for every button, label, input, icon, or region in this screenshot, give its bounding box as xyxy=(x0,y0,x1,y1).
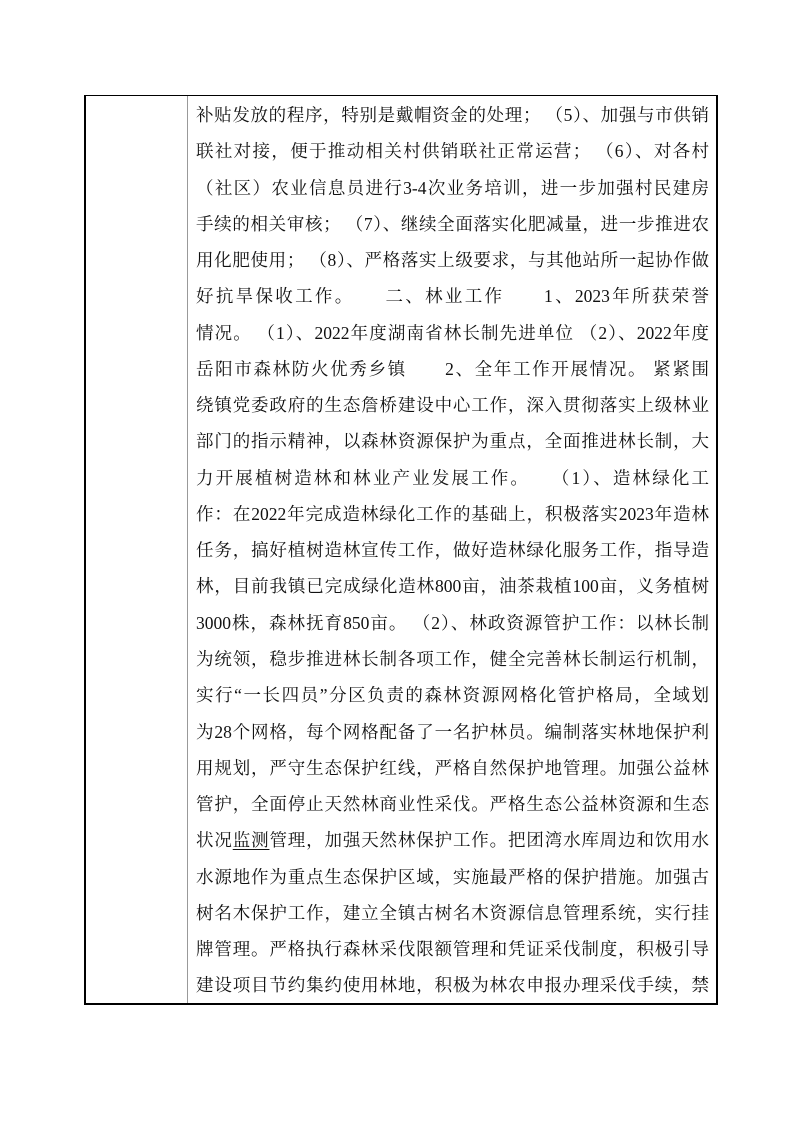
text-segment: 林，目前我镇已完成绿化造林800亩，油茶栽植100亩，义务植树 xyxy=(196,576,709,596)
text-segment: 为统领，稳步推进林长制各项工作，健全完善林长制运行机制， xyxy=(196,649,709,669)
text-segment: 树名木保护工作，建立全镇古树名木资源信息管理系统，实行挂 xyxy=(196,903,709,923)
text-segment: 水源地作为重点生态保护区域，实施最严格的保护措施。加强古 xyxy=(196,867,709,887)
text-segment: 用规划，严守生态保护红线，严格自然保护地管理。加强公益林 xyxy=(196,758,709,778)
text-segment: 绕镇党委政府的生态詹桥建设中心工作，深入贯彻落实上级林业 xyxy=(196,395,709,415)
text-segment: 管理，加强天然林保护工作。把团湾水库周边和饮用水 xyxy=(269,830,709,850)
text-line: 3000株，森林抚育850亩。 （2）、林政资源管护工作：以林长制 xyxy=(196,605,709,641)
underlined-text: 监测 xyxy=(233,830,270,850)
text-line: 作：在2022年完成造林绿化工作的基础上，积极落实2023年造林 xyxy=(196,496,709,532)
text-segment: 力开展植树造林和林业产业发展工作。 （1）、造林绿化工 xyxy=(196,468,709,488)
text-line: 状况监测管理，加强天然林保护工作。把团湾水库周边和饮用水 xyxy=(196,822,709,858)
text-segment: 状况 xyxy=(196,830,233,850)
text-segment: 好抗旱保收工作。 二、林业工作 1、2023年所获荣誉 xyxy=(196,286,709,306)
text-line: 管护，全面停止天然林商业性采伐。严格生态公益林资源和生态 xyxy=(196,786,709,822)
text-segment: 情况。 （1）、2022年度湖南省林长制先进单位 （2）、2022年度 xyxy=(196,323,709,343)
text-line: 林，目前我镇已完成绿化造林800亩，油茶栽植100亩，义务植树 xyxy=(196,568,709,604)
text-line: 实行“一长四员”分区负责的森林资源网格化管护格局，全域划 xyxy=(196,677,709,713)
text-line: 联社对接，便于推动相关村供销联社正常运营； （6）、对各村 xyxy=(196,133,709,169)
text-segment: （社区）农业信息员进行3-4次业务培训，进一步加强村民建房 xyxy=(196,178,709,198)
text-line: 补贴发放的程序，特别是戴帽资金的处理； （5）、加强与市供销 xyxy=(196,97,709,133)
text-line: 建设项目节约集约使用林地，积极为林农申报办理采伐手续，禁 xyxy=(196,967,709,1003)
report-table: 补贴发放的程序，特别是戴帽资金的处理； （5）、加强与市供销联社对接，便于推动相… xyxy=(84,95,718,1005)
table-label-cell xyxy=(86,96,188,1003)
text-line: 为28个网格，每个网格配备了一名护林员。编制落实林地保护利 xyxy=(196,714,709,750)
text-segment: 联社对接，便于推动相关村供销联社正常运营； （6）、对各村 xyxy=(196,141,709,161)
text-segment: 3000株，森林抚育850亩。 （2）、林政资源管护工作：以林长制 xyxy=(196,613,709,633)
text-line: （社区）农业信息员进行3-4次业务培训，进一步加强村民建房 xyxy=(196,170,709,206)
text-segment: 用化肥使用； （8）、严格落实上级要求，与其他站所一起协作做 xyxy=(196,250,709,270)
table-content-cell: 补贴发放的程序，特别是戴帽资金的处理； （5）、加强与市供销联社对接，便于推动相… xyxy=(188,96,716,1003)
text-line: 情况。 （1）、2022年度湖南省林长制先进单位 （2）、2022年度 xyxy=(196,315,709,351)
text-line: 水源地作为重点生态保护区域，实施最严格的保护措施。加强古 xyxy=(196,859,709,895)
text-line: 任务，搞好植树造林宣传工作，做好造林绿化服务工作，指导造 xyxy=(196,532,709,568)
text-segment: 任务，搞好植树造林宣传工作，做好造林绿化服务工作，指导造 xyxy=(196,540,709,560)
text-segment: 岳阳市森林防火优秀乡镇 2、全年工作开展情况。 紧紧围 xyxy=(196,359,709,379)
text-line: 好抗旱保收工作。 二、林业工作 1、2023年所获荣誉 xyxy=(196,278,709,314)
text-line: 牌管理。严格执行森林采伐限额管理和凭证采伐制度，积极引导 xyxy=(196,931,709,967)
text-line: 力开展植树造林和林业产业发展工作。 （1）、造林绿化工 xyxy=(196,460,709,496)
text-line: 岳阳市森林防火优秀乡镇 2、全年工作开展情况。 紧紧围 xyxy=(196,351,709,387)
text-line: 绕镇党委政府的生态詹桥建设中心工作，深入贯彻落实上级林业 xyxy=(196,387,709,423)
text-line: 手续的相关审核； （7）、继续全面落实化肥减量，进一步推进农 xyxy=(196,206,709,242)
text-segment: 部门的指示精神，以森林资源保护为重点，全面推进林长制，大 xyxy=(196,431,709,451)
text-segment: 管护，全面停止天然林商业性采伐。严格生态公益林资源和生态 xyxy=(196,794,709,814)
text-line: 为统领，稳步推进林长制各项工作，健全完善林长制运行机制， xyxy=(196,641,709,677)
text-segment: 作：在2022年完成造林绿化工作的基础上，积极落实2023年造林 xyxy=(196,504,709,524)
text-line: 用化肥使用； （8）、严格落实上级要求，与其他站所一起协作做 xyxy=(196,242,709,278)
table-content-text: 补贴发放的程序，特别是戴帽资金的处理； （5）、加强与市供销联社对接，便于推动相… xyxy=(196,97,709,1003)
text-segment: 手续的相关审核； （7）、继续全面落实化肥减量，进一步推进农 xyxy=(196,214,709,234)
text-segment: 牌管理。严格执行森林采伐限额管理和凭证采伐制度，积极引导 xyxy=(196,939,709,959)
text-segment: 建设项目节约集约使用林地，积极为林农申报办理采伐手续，禁 xyxy=(196,975,709,995)
text-line: 部门的指示精神，以森林资源保护为重点，全面推进林长制，大 xyxy=(196,423,709,459)
text-segment: 实行“一长四员”分区负责的森林资源网格化管护格局，全域划 xyxy=(196,685,709,705)
text-line: 树名木保护工作，建立全镇古树名木资源信息管理系统，实行挂 xyxy=(196,895,709,931)
text-line: 用规划，严守生态保护红线，严格自然保护地管理。加强公益林 xyxy=(196,750,709,786)
text-segment: 为28个网格，每个网格配备了一名护林员。编制落实林地保护利 xyxy=(196,722,709,742)
text-segment: 补贴发放的程序，特别是戴帽资金的处理； （5）、加强与市供销 xyxy=(196,105,709,125)
